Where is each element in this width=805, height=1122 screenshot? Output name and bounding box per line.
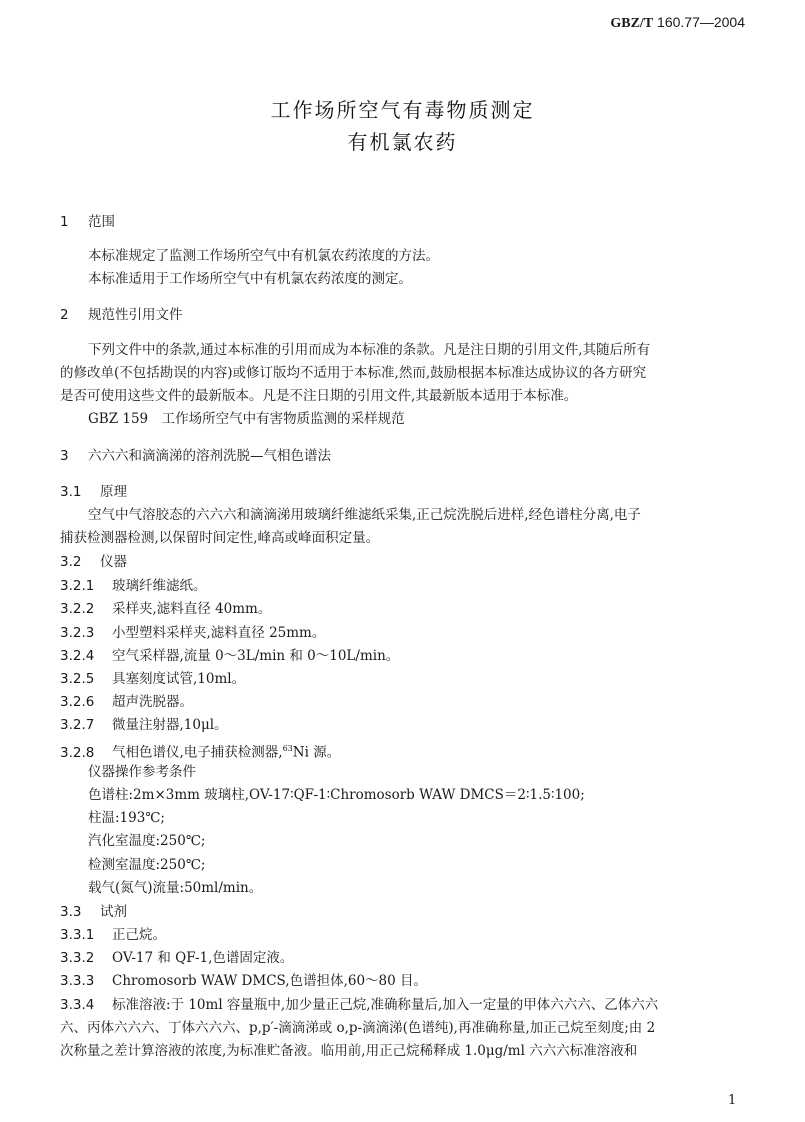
- document-title-line2: 有机氯农药: [0, 126, 805, 155]
- section-3-1-line2: 捕获检测器检测,以保留时间定性,峰高或峰面积定量。: [60, 529, 379, 547]
- item-3-2-3: 3.2.3小型塑料采样夹,滤料直径 25mm。: [60, 624, 325, 642]
- condition-column-temp: 柱温:193℃;: [88, 809, 165, 827]
- item-3-2-6: 3.2.6超声洗脱器。: [60, 693, 193, 711]
- section-3-2-heading: 3.2仪器: [60, 553, 127, 571]
- item-3-2-4: 3.2.4空气采样器,流量 0～3L/min 和 0～10L/min。: [60, 647, 399, 665]
- section-1-heading: 1范围: [60, 213, 115, 231]
- item-3-3-1: 3.3.1正己烷。: [60, 926, 166, 944]
- document-title-line1: 工作场所空气有毒物质测定: [0, 94, 805, 123]
- page-number: 1: [728, 1093, 736, 1108]
- item-3-3-2: 3.3.2OV-17 和 QF-1,色谱固定液。: [60, 949, 293, 967]
- reference-gbz159: GBZ 159 工作场所空气中有害物质监测的采样规范: [88, 410, 405, 428]
- item-3-3-4-line2: 六、丙体六六六、丁体六六六、p,p′-滴滴涕或 o,p-滴滴涕(色谱纯),再准确…: [60, 1019, 655, 1037]
- section-3-1-line1: 空气中气溶胶态的六六六和滴滴涕用玻璃纤维滤纸采集,正己烷洗脱后进样,经色谱柱分离…: [88, 506, 641, 524]
- item-3-3-4-line3: 次称量之差计算溶液的浓度,为标准贮备液。临用前,用正己烷稀释成 1.0μg/ml…: [60, 1042, 637, 1060]
- section-2-para-line1: 下列文件中的条款,通过本标准的引用而成为本标准的条款。凡是注日期的引用文件,其随…: [88, 341, 650, 359]
- section-3-3-heading: 3.3试剂: [60, 903, 127, 921]
- section-1-para-1: 本标准规定了监测工作场所空气中有机氯农药浓度的方法。: [88, 247, 439, 265]
- standard-code: GBZ/T 160.77—2004: [610, 14, 745, 32]
- condition-column: 色谱柱:2m×3mm 玻璃柱,OV-17∶QF-1∶Chromosorb WAW…: [88, 786, 585, 804]
- item-3-3-3: 3.3.3Chromosorb WAW DMCS,色谱担体,60～80 目。: [60, 972, 427, 990]
- conditions-title: 仪器操作参考条件: [88, 763, 196, 781]
- condition-vaporizer-temp: 汽化室温度:250℃;: [88, 832, 205, 850]
- item-3-3-4: 3.3.4标准溶液:于 10ml 容量瓶中,加少量正己烷,准确称量后,加入一定量…: [60, 996, 658, 1014]
- item-3-2-7: 3.2.7微量注射器,10μl。: [60, 716, 228, 734]
- section-2-para-line2: 的修改单(不包括勘误的内容)或修订版均不适用于本标准,然而,鼓励根据本标准达成协…: [60, 364, 646, 382]
- section-2-heading: 2规范性引用文件: [60, 306, 183, 324]
- condition-carrier-gas: 载气(氮气)流量:50ml/min。: [88, 879, 262, 897]
- section-3-heading: 3六六六和滴滴涕的溶剂洗脱—气相色谱法: [60, 447, 331, 465]
- item-3-2-5: 3.2.5具塞刻度试管,10ml。: [60, 670, 245, 688]
- section-1-para-2: 本标准适用于工作场所空气中有机氯农药浓度的测定。: [88, 270, 412, 288]
- section-3-1-heading: 3.1原理: [60, 483, 127, 501]
- standard-prefix: GBZ/T: [610, 16, 653, 31]
- item-3-2-1: 3.2.1玻璃纤维滤纸。: [60, 577, 207, 595]
- item-3-2-8: 3.2.8气相色谱仪,电子捕获检测器,63Ni 源。: [60, 740, 340, 762]
- item-3-2-2: 3.2.2采样夹,滤料直径 40mm。: [60, 600, 271, 618]
- section-2-para-line3: 是否可使用这些文件的最新版本。凡是不注日期的引用文件,其最新版本适用于本标准。: [60, 387, 577, 405]
- condition-detector-temp: 检测室温度:250℃;: [88, 856, 205, 874]
- standard-number: 160.77—2004: [657, 14, 745, 30]
